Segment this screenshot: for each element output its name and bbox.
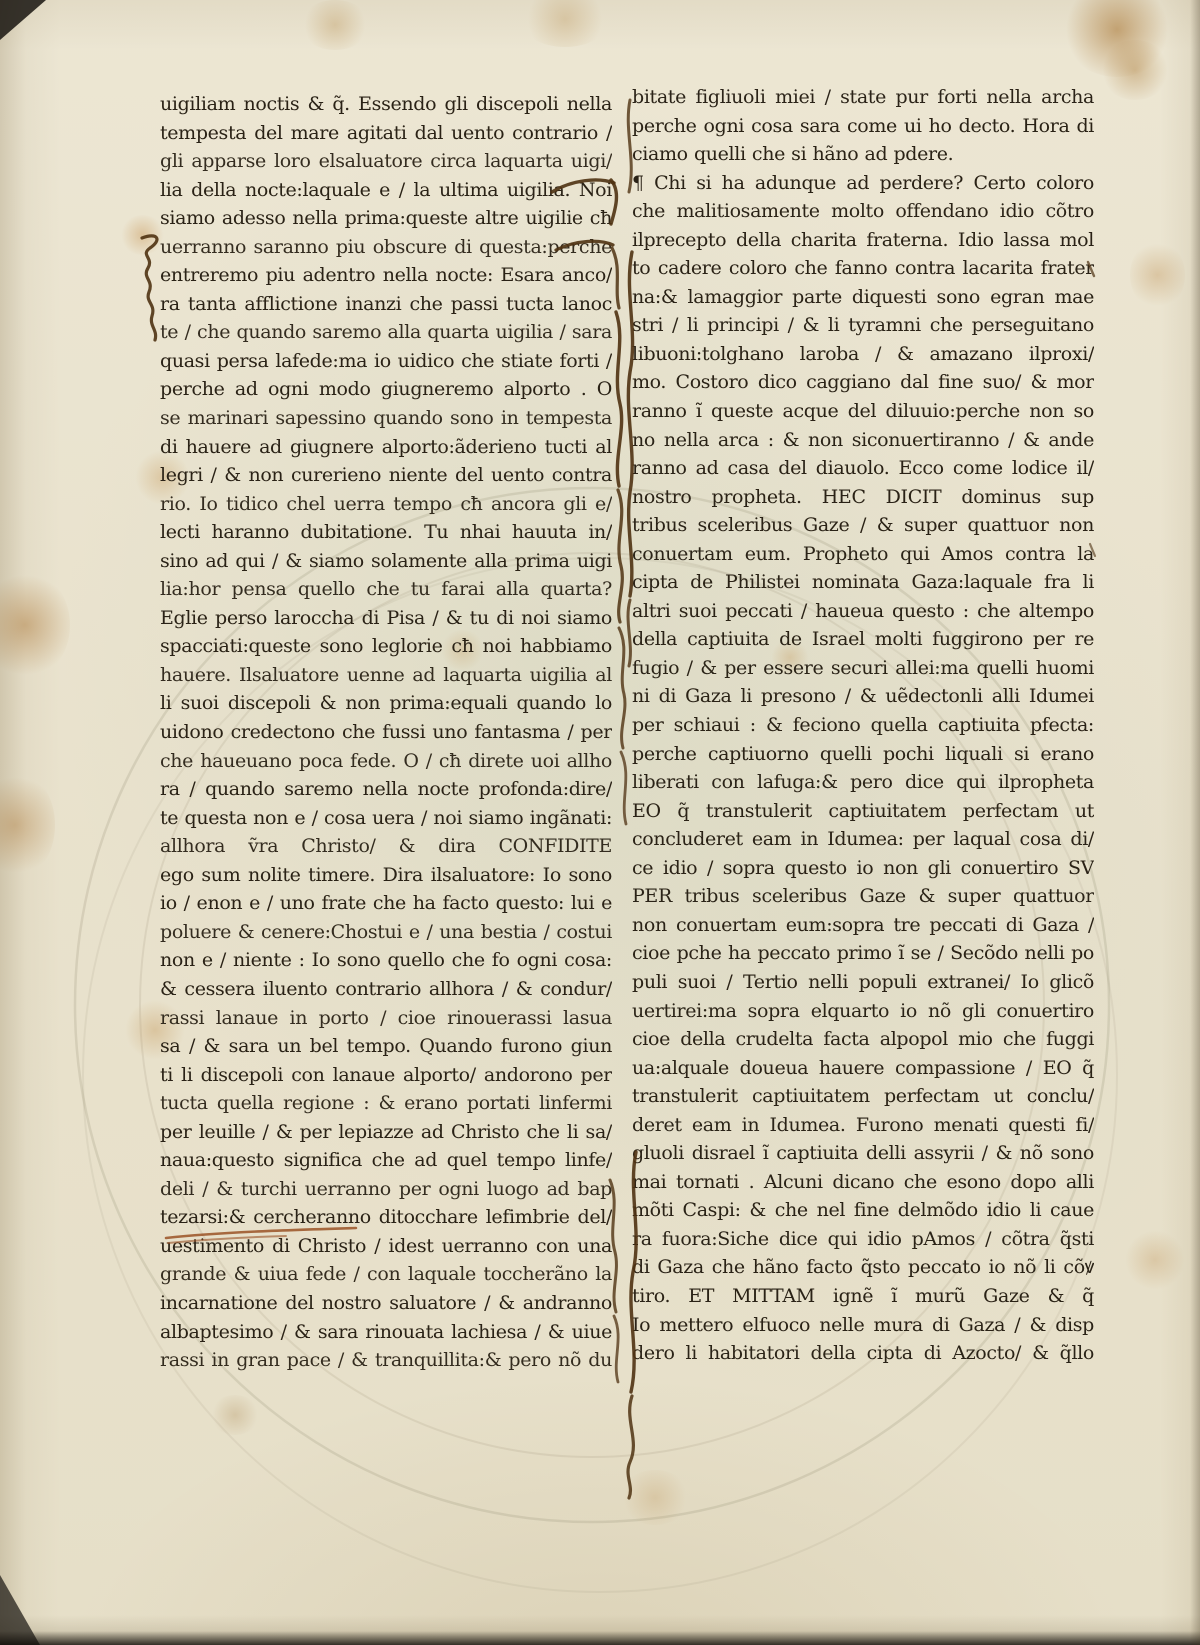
text-line: per leuille / & per lepiazze ad Christo … [160, 1118, 612, 1147]
text-line: incarnatione del nostro saluatore / & an… [160, 1289, 612, 1318]
foxing-stain [1062, 0, 1172, 77]
text-line: rassi lanaue in porto / cioe rinouerassi… [160, 1004, 612, 1033]
text-line: bitate figliuoli miei / state pur forti … [632, 83, 1094, 112]
text-line: uerranno saranno piu obscure di questa:p… [160, 233, 612, 262]
photo-corner-shadow [0, 0, 46, 40]
text-line: ego sum nolite timere. Dira ilsaluatore:… [160, 861, 612, 890]
text-line: gluoli disrael ĩ captiuita delli assyrii… [632, 1139, 1094, 1168]
text-line: se marinari sapessino quando sono in tem… [160, 404, 612, 433]
text-line: transtulerit captiuitatem perfectam ut c… [632, 1082, 1094, 1111]
text-line: ti li discepoli con lanaue alporto/ ando… [160, 1061, 612, 1090]
text-line: entreremo piu adentro nella nocte: Esara… [160, 261, 612, 290]
text-line: ¶ Chi si ha adunque ad perdere? Certo co… [632, 169, 1094, 198]
foxing-stain [520, 0, 610, 47]
text-line: rassi in gran pace / & tranquillita:& pe… [160, 1346, 612, 1375]
text-line: che haueuano poca fede. O / cħ direte uo… [160, 747, 612, 776]
text-line: grande & uiua fede / con laquale toccher… [160, 1260, 612, 1289]
text-line: to cadere coloro che fanno contra lacari… [632, 254, 1094, 283]
text-line: ciamo quelli che si hãno ad pdere. [632, 140, 1094, 169]
text-line: PER tribus sceleribus Gaze & super quatt… [632, 882, 1094, 911]
text-line: tempesta del mare agitati dal uento cont… [160, 119, 612, 148]
text-line: lecti haranno dubitatione. Tu nhai hauut… [160, 518, 612, 547]
text-line: perche ad ogni modo giugneremo alporto .… [160, 375, 612, 404]
text-line: tribus sceleribus Gaze / & super quattuo… [632, 511, 1094, 540]
text-line: conuertam eum. Propheto qui Amos contra … [632, 540, 1094, 569]
text-line: altri suoi peccati / haueua questo : che… [632, 597, 1094, 626]
text-line: quasi persa lafede:ma io uidico che stia… [160, 347, 612, 376]
text-line: ni di Gaza li presono / & uẽdectonli all… [632, 682, 1094, 711]
text-line: hauere. Ilsaluatore uenne ad laquarta ui… [160, 661, 612, 690]
text-line: mo. Costoro dico caggiano dal fine suo/ … [632, 368, 1094, 397]
text-line: non conuertam eum:sopra tre peccati di G… [632, 911, 1094, 940]
text-line: li suoi discepoli & non prima:equali qua… [160, 689, 612, 718]
photo-edge-shadow [0, 1631, 1200, 1645]
text-line: di hauere ad giugnere alporto:ãderieno t… [160, 433, 612, 462]
text-line: deret eam in Idumea. Furono menati quest… [632, 1111, 1094, 1140]
text-line: dero li habitatori della cipta di Azocto… [632, 1339, 1094, 1368]
text-line: di Gaza che hãno facto q̃sto peccato io … [632, 1253, 1094, 1282]
foxing-stain [120, 215, 165, 255]
text-line: concluderet eam in Idumea: per laqual co… [632, 825, 1094, 854]
photo-edge-shadow [1190, 0, 1200, 1645]
text-line: stri / li principi / & li tyramni che pe… [632, 311, 1094, 340]
text-line: gli apparse loro elsaluatore circa laqua… [160, 147, 612, 176]
text-line: fugio / & per essere securi allei:ma que… [632, 654, 1094, 683]
text-line: deli / & turchi uerranno per ogni luogo … [160, 1175, 612, 1204]
text-line: ranno ĩ queste acque del diluuio:perche … [632, 397, 1094, 426]
text-line: na:& lamaggior parte diquesti sono egran… [632, 283, 1094, 312]
text-line: naua:questo significa che ad quel tempo … [160, 1146, 612, 1175]
text-line: sa / & sara un bel tempo. Quando furono … [160, 1032, 612, 1061]
text-line: ra / quando saremo nella nocte profonda:… [160, 775, 612, 804]
page-surface: uigiliam noctis & q̃. Essendo gli discep… [0, 0, 1200, 1645]
text-line: ilprecepto della charita fraterna. Idio … [632, 226, 1094, 255]
text-line: nostro propheta. HEC DICIT dominus sup [632, 483, 1094, 512]
foxing-stain [0, 570, 70, 680]
text-line: tiro. ET MITTAM ignẽ ĩ murũ Gaze & q̃ [632, 1282, 1094, 1311]
text-line: non e / niente : Io sono quello che fo o… [160, 946, 612, 975]
text-line: io / enon e / uno frate che ha facto que… [160, 889, 612, 918]
text-line: rio. Io tidico chel uerra tempo cħ ancor… [160, 490, 612, 519]
text-line: che malitiosamente molto offendano idio … [632, 197, 1094, 226]
text-line: sino ad qui / & siamo solamente alla pri… [160, 547, 612, 576]
text-line: tezarsi:& cercheranno ditocchare lefimbr… [160, 1203, 612, 1232]
text-line: perche ogni cosa sara come ui ho decto. … [632, 112, 1094, 141]
text-column-right: bitate figliuoli miei / state pur forti … [632, 83, 1094, 1368]
text-line: puli suoi / Tertio nelli populi extranei… [632, 968, 1094, 997]
text-line: uidono credectono che fussi uno fantasma… [160, 718, 612, 747]
text-line: siamo adesso nella prima:queste altre ui… [160, 204, 612, 233]
text-line: ra fuora:Siche dice qui idio pAmos / cõt… [632, 1225, 1094, 1254]
foxing-stain [0, 770, 55, 880]
text-line: lia:hor pensa quello che tu farai alla q… [160, 575, 612, 604]
text-column-left: uigiliam noctis & q̃. Essendo gli discep… [160, 90, 612, 1375]
foxing-stain [300, 0, 370, 50]
text-line: ra tanta afflictione inanzi che passi tu… [160, 290, 612, 319]
text-line: ce idio / sopra questo io non gli conuer… [632, 854, 1094, 883]
text-line: tucta quella regione : & erano portati l… [160, 1089, 612, 1118]
text-line: spacciati:queste sono leglorie cħ noi ha… [160, 632, 612, 661]
text-line: lia della nocte:laquale e / la ultima ui… [160, 176, 612, 205]
text-line: albaptesimo / & sara rinouata lachiesa /… [160, 1318, 612, 1347]
text-line: & cessera iluento contrario allhora / & … [160, 975, 612, 1004]
text-line: legri / & non curerieno niente del uento… [160, 461, 612, 490]
text-line: ranno ad casa del diauolo. Ecco come lod… [632, 454, 1094, 483]
text-line: mai tornati . Alcuni dicano che esono do… [632, 1168, 1094, 1197]
foxing-stain [210, 1395, 260, 1435]
text-line: cipta de Philistei nominata Gaza:laquale… [632, 568, 1094, 597]
text-line: cioe pche ha peccato primo ĩ se / Secõdo… [632, 939, 1094, 968]
text-line: liberati con lafuga:& pero dice qui ilpr… [632, 768, 1094, 797]
text-line: libuoni:tolghano laroba / & amazano ilpr… [632, 340, 1094, 369]
text-line: mõti Caspi: & che nel fine delmõdo idio … [632, 1196, 1094, 1225]
text-line: perche captiuorno quelli pochi liquali s… [632, 740, 1094, 769]
text-line: Eglie perso laroccha di Pisa / & tu di n… [160, 604, 612, 633]
foxing-stain [1130, 240, 1185, 310]
text-line: no nella arca : & non siconuertiranno / … [632, 426, 1094, 455]
text-line: uertirei:ma sopra elquarto io nõ gli con… [632, 997, 1094, 1026]
text-line: ua:alquale doueua hauere compassione / E… [632, 1054, 1094, 1083]
text-line: Io mettero elfuoco nelle mura di Gaza / … [632, 1311, 1094, 1340]
text-line: uigiliam noctis & q̃. Essendo gli discep… [160, 90, 612, 119]
text-line: per schiaui : & feciono quella captiuita… [632, 711, 1094, 740]
text-line: uestimento di Christo / idest uerranno c… [160, 1232, 612, 1261]
text-line: te questa non e / cosa uera / noi siamo … [160, 804, 612, 833]
text-line: poluere & cenere:Chostui e / una bestia … [160, 918, 612, 947]
foxing-stain [1100, 40, 1170, 100]
foxing-stain [620, 1470, 690, 1525]
text-line: della captiuita de Israel molti fuggiron… [632, 625, 1094, 654]
foxing-stain [1125, 1230, 1185, 1290]
text-line: allhora ṽra Christo/ & dira CONFIDITE [160, 832, 612, 861]
text-line: te / che quando saremo alla quarta uigil… [160, 318, 612, 347]
text-line: cioe della crudelta facta alpopol mio ch… [632, 1025, 1094, 1054]
text-line: EO q̃ transtulerit captiuitatem perfecta… [632, 797, 1094, 826]
